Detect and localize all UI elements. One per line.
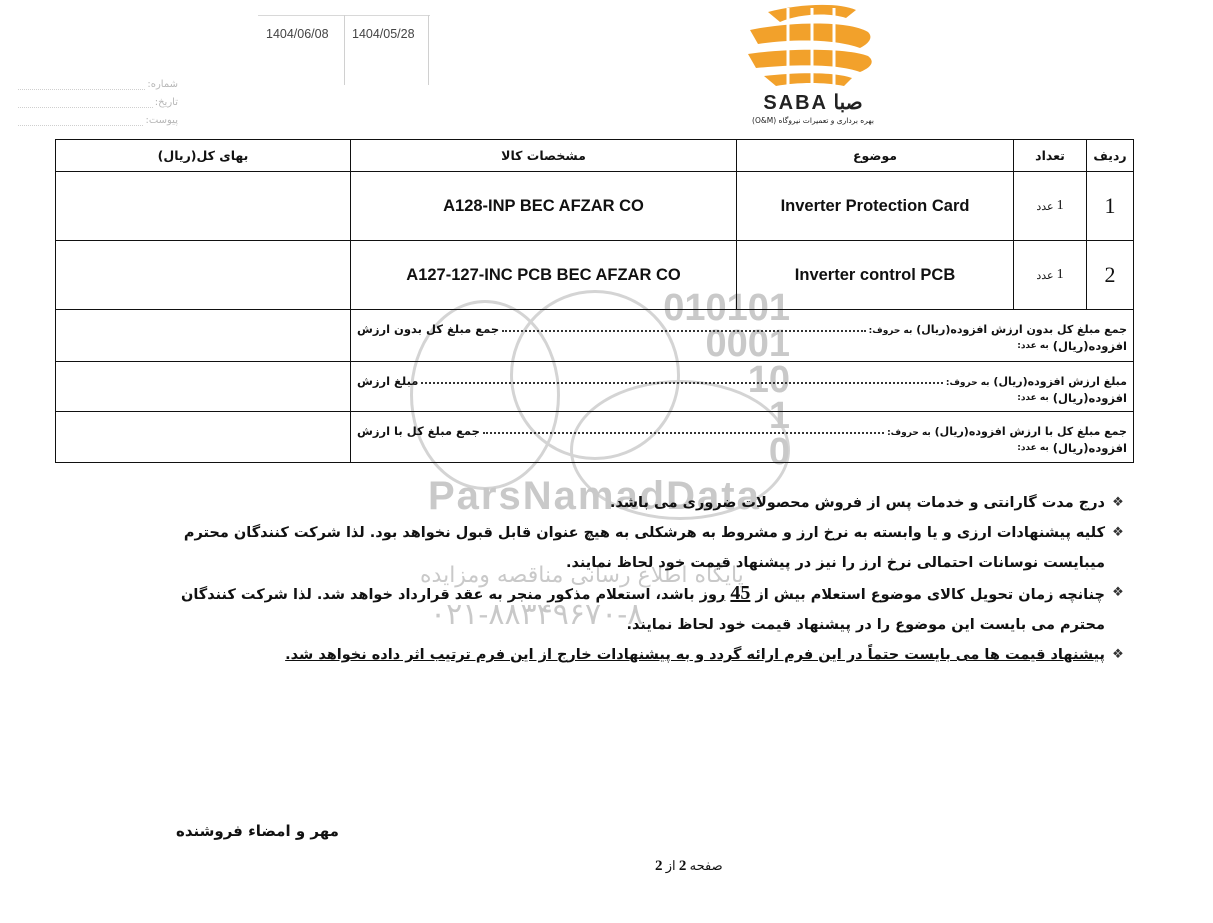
summary-line2: افزوده(ریال) [1053, 339, 1127, 353]
qty-value: 1 [1057, 198, 1064, 214]
summary-value-field[interactable] [56, 310, 350, 361]
diamond-bullet-icon: ❖ [1105, 518, 1131, 578]
diamond-bullet-icon: ❖ [1105, 640, 1131, 670]
summary-label: مبلغ ارزش افزوده(ریال) به حروف: مبلغ ارز… [350, 362, 1133, 411]
date-value-1: 1404/06/08 [266, 27, 329, 41]
col-header-spec: مشخصات کالا [350, 140, 736, 171]
summary-row-vat: مبلغ ارزش افزوده(ریال) به حروف: مبلغ ارز… [56, 362, 1133, 412]
seller-signature-label: مهر و امضاء فروشنده [176, 822, 339, 840]
saba-logo-icon [728, 4, 898, 94]
row-spec: A128-INP BEC AFZAR CO [350, 172, 736, 240]
dotted-line [18, 98, 153, 108]
row-qty: 1عدد [1013, 241, 1086, 309]
page-total: 2 [655, 858, 663, 874]
col-header-subject: موضوع [736, 140, 1013, 171]
dotted-line [18, 116, 143, 126]
company-logo: صبا SABA بهره برداری و تعمیرات نیروگاه (… [728, 4, 898, 124]
diamond-bullet-icon: ❖ [1105, 488, 1131, 518]
qty-unit: عدد [1036, 269, 1053, 282]
meta-attachment: پیوست: [18, 108, 178, 126]
summary-line2: افزوده(ریال) [1053, 391, 1127, 405]
row-subject: Inverter Protection Card [736, 172, 1013, 240]
summary-row-total: جمع مبلغ کل با ارزش افزوده(ریال) به حروف… [56, 412, 1133, 462]
table-row: 1 1عدد Inverter Protection Card A128-INP… [56, 172, 1133, 241]
table-header: ردیف تعداد موضوع مشخصات کالا بهای کل(ریا… [56, 140, 1133, 172]
page-number: صفحه 2 از 2 [655, 858, 723, 875]
quote-table: ردیف تعداد موضوع مشخصات کالا بهای کل(ریا… [55, 139, 1134, 463]
dotted-line [483, 424, 884, 434]
terms-text: کلیه پیشنهادات ارزی و یا وابسته به نرخ ا… [171, 518, 1105, 578]
meta-label: شماره: [147, 79, 178, 90]
dotted-line [502, 322, 865, 332]
logo-text: صبا SABA بهره برداری و تعمیرات نیروگاه (… [728, 90, 898, 125]
words-suffix: به حروف: [887, 428, 931, 438]
diamond-bullet-icon: ❖ [1105, 578, 1131, 640]
terms-list: ❖ درج مدت گارانتی و خدمات پس از فروش محص… [171, 488, 1131, 670]
letter-meta: شماره: تاریخ: پیوست: [18, 72, 178, 126]
words-suffix: به حروف: [869, 326, 913, 336]
date-value-2: 1404/05/28 [352, 27, 415, 41]
terms-item: ❖ پیشنهاد قیمت ها می بایست حتماً در این … [171, 640, 1131, 670]
summary-lead: مبلغ ارزش افزوده(ریال) [993, 375, 1127, 388]
divider [344, 15, 345, 85]
summary-line2: افزوده(ریال) [1053, 441, 1127, 455]
row-price-field[interactable] [56, 172, 350, 240]
summary-tail: جمع مبلغ کل بدون ارزش [357, 322, 499, 336]
meta-label: تاریخ: [155, 97, 178, 108]
row-index: 1 [1086, 172, 1133, 240]
numbers-suffix: به عدد: [1017, 341, 1049, 351]
summary-value-field[interactable] [56, 412, 350, 462]
row-subject: Inverter control PCB [736, 241, 1013, 309]
row-spec: A127-127-INC PCB BEC AFZAR CO [350, 241, 736, 309]
meta-label: پیوست: [145, 115, 178, 126]
meta-date: تاریخ: [18, 90, 178, 108]
qty-unit: عدد [1036, 200, 1053, 213]
words-suffix: به حروف: [946, 378, 990, 388]
summary-value-field[interactable] [56, 362, 350, 411]
divider [428, 15, 429, 85]
logo-name: صبا SABA [728, 90, 898, 115]
summary-row-subtotal: جمع مبلغ کل بدون ارزش افزوده(ریال) به حر… [56, 310, 1133, 362]
summary-tail: مبلغ ارزش [357, 374, 418, 388]
table-row: 2 1عدد Inverter control PCB A127-127-INC… [56, 241, 1133, 310]
page-of: از [666, 858, 676, 873]
terms-text: پیشنهاد قیمت ها می بایست حتماً در این فر… [171, 640, 1105, 670]
col-header-index: ردیف [1086, 140, 1133, 171]
terms-item: ❖ کلیه پیشنهادات ارزی و یا وابسته به نرخ… [171, 518, 1131, 578]
terms-text-before: چنانچه زمان تحویل کالای موضوع استعلام بی… [755, 587, 1105, 603]
row-index: 2 [1086, 241, 1133, 309]
dotted-line [421, 374, 942, 384]
meta-number: شماره: [18, 72, 178, 90]
dotted-line [18, 80, 145, 90]
qty-value: 1 [1057, 267, 1064, 283]
numbers-suffix: به عدد: [1017, 443, 1049, 453]
logo-persian: صبا [834, 92, 863, 114]
col-header-price: بهای کل(ریال) [56, 140, 350, 171]
row-qty: 1عدد [1013, 172, 1086, 240]
logo-latin: SABA [763, 92, 828, 114]
summary-tail: جمع مبلغ کل با ارزش [357, 424, 480, 438]
delivery-days-unit: روز [700, 587, 726, 603]
summary-label: جمع مبلغ کل بدون ارزش افزوده(ریال) به حر… [350, 310, 1133, 361]
terms-item: ❖ درج مدت گارانتی و خدمات پس از فروش محص… [171, 488, 1131, 518]
delivery-days: 45 [730, 582, 750, 604]
summary-lead: جمع مبلغ کل بدون ارزش افزوده(ریال) [916, 323, 1127, 336]
col-header-qty: تعداد [1013, 140, 1086, 171]
summary-lead: جمع مبلغ کل با ارزش افزوده(ریال) [935, 425, 1127, 438]
terms-text: چنانچه زمان تحویل کالای موضوع استعلام بی… [171, 578, 1105, 640]
logo-subtitle: بهره برداری و تعمیرات نیروگاه (O&M) [728, 116, 898, 125]
row-price-field[interactable] [56, 241, 350, 309]
numbers-suffix: به عدد: [1017, 393, 1049, 403]
summary-label: جمع مبلغ کل با ارزش افزوده(ریال) به حروف… [350, 412, 1133, 462]
terms-text: درج مدت گارانتی و خدمات پس از فروش محصول… [171, 488, 1105, 518]
terms-item: ❖ چنانچه زمان تحویل کالای موضوع استعلام … [171, 578, 1131, 640]
page-word: صفحه [690, 858, 723, 873]
page-current: 2 [679, 858, 687, 874]
date-box: 1404/06/08 1404/05/28 [258, 15, 430, 87]
